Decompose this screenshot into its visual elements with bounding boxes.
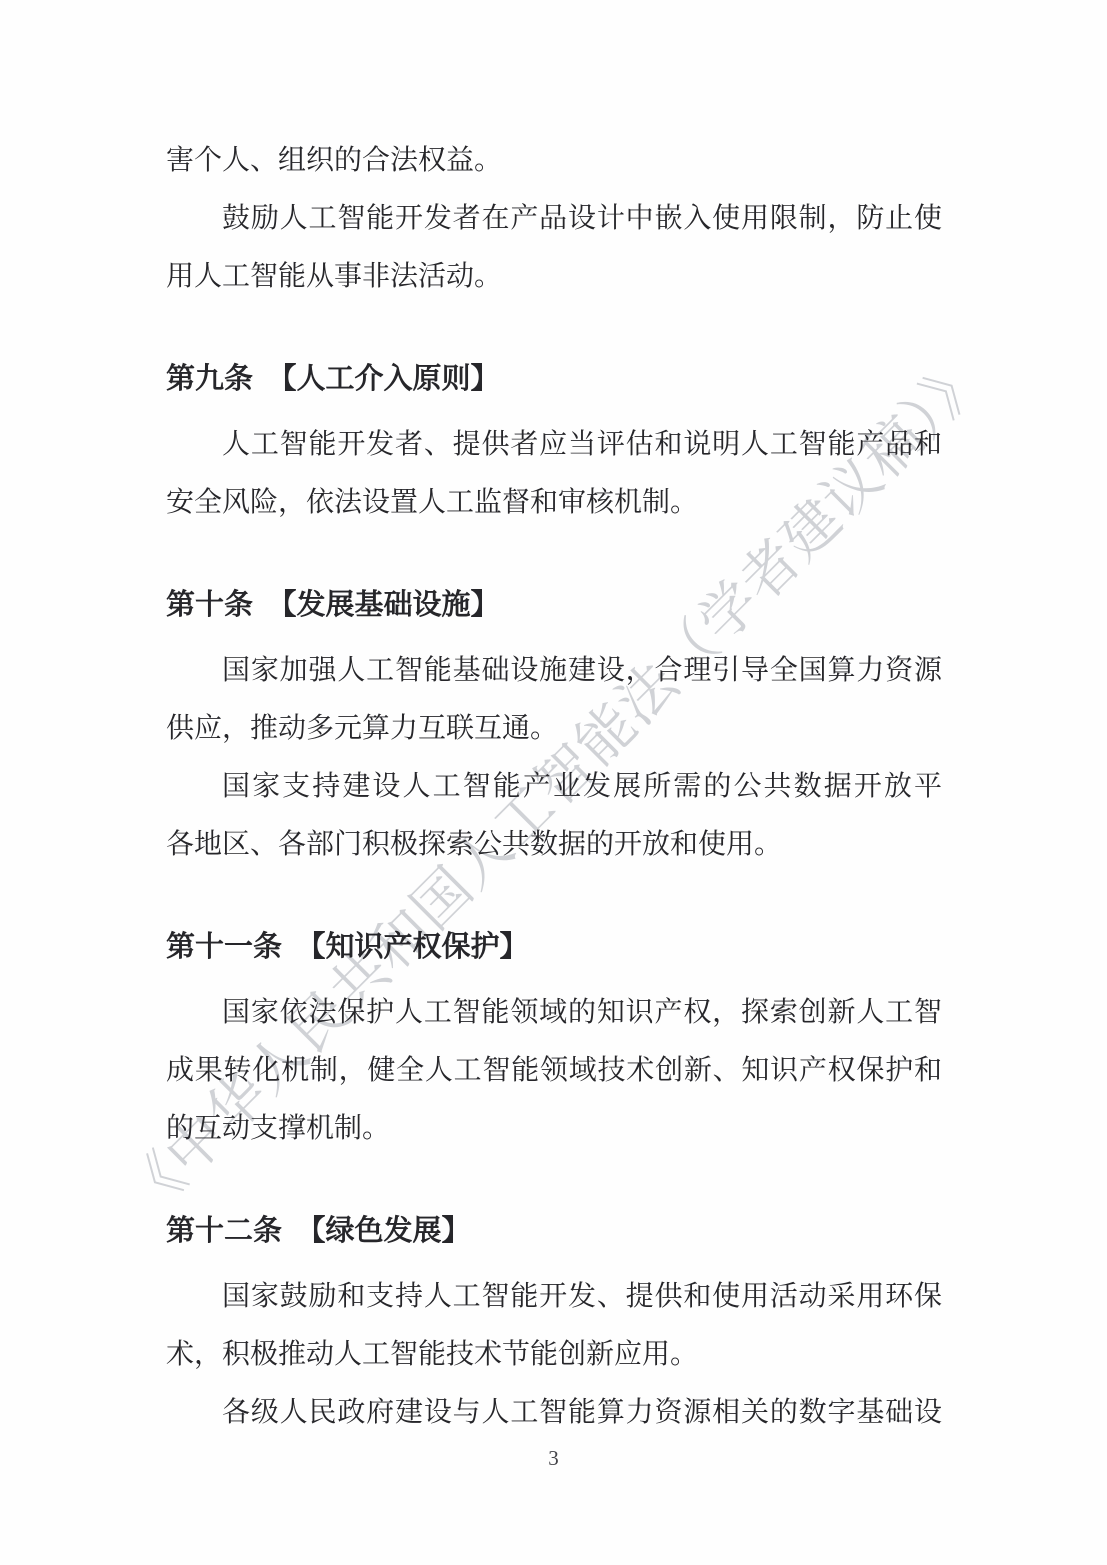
article-heading-10: 第十条 【发展基础设施】 bbox=[166, 576, 942, 634]
text-line: 害个人、组织的合法权益。 bbox=[166, 132, 942, 190]
text-line: 安全风险，依法设置人工监督和审核机制。 bbox=[166, 474, 942, 532]
text-line: 术，积极推动人工智能技术节能创新应用。 bbox=[166, 1326, 942, 1384]
article-heading-11: 第十一条 【知识产权保护】 bbox=[166, 918, 942, 976]
text-line: 国家支持建设人工智能产业发展所需的公共数据开放平台，鼓励 bbox=[166, 758, 942, 816]
text-line: 国家鼓励和支持人工智能开发、提供和使用活动采用环保节能技 bbox=[166, 1268, 942, 1326]
text-line: 鼓励人工智能开发者在产品设计中嵌入使用限制，防止使用者利 bbox=[166, 190, 942, 248]
document-body: 害个人、组织的合法权益。 鼓励人工智能开发者在产品设计中嵌入使用限制，防止使用者… bbox=[166, 132, 942, 1442]
text-line: 供应，推动多元算力互联互通。 bbox=[166, 700, 942, 758]
article-heading-9: 第九条 【人工介入原则】 bbox=[166, 350, 942, 408]
text-line: 成果转化机制，健全人工智能领域技术创新、知识产权保护和标准化 bbox=[166, 1042, 942, 1100]
text-line: 的互动支撑机制。 bbox=[166, 1100, 942, 1158]
page-number: 3 bbox=[0, 1446, 1107, 1471]
text-line: 各级人民政府建设与人工智能算力资源相关的数字基础设施时， bbox=[166, 1384, 942, 1442]
text-line: 国家加强人工智能基础设施建设，合理引导全国算力资源调度和 bbox=[166, 642, 942, 700]
article-heading-12: 第十二条 【绿色发展】 bbox=[166, 1202, 942, 1260]
document-page: 《中华人民共和国人工智能法（学者建议稿）》 害个人、组织的合法权益。 鼓励人工智… bbox=[0, 0, 1107, 1565]
text-line: 用人工智能从事非法活动。 bbox=[166, 248, 942, 306]
text-line: 人工智能开发者、提供者应当评估和说明人工智能产品和服务的 bbox=[166, 416, 942, 474]
text-line: 国家依法保护人工智能领域的知识产权，探索创新人工智能科研 bbox=[166, 984, 942, 1042]
text-line: 各地区、各部门积极探索公共数据的开放和使用。 bbox=[166, 816, 942, 874]
